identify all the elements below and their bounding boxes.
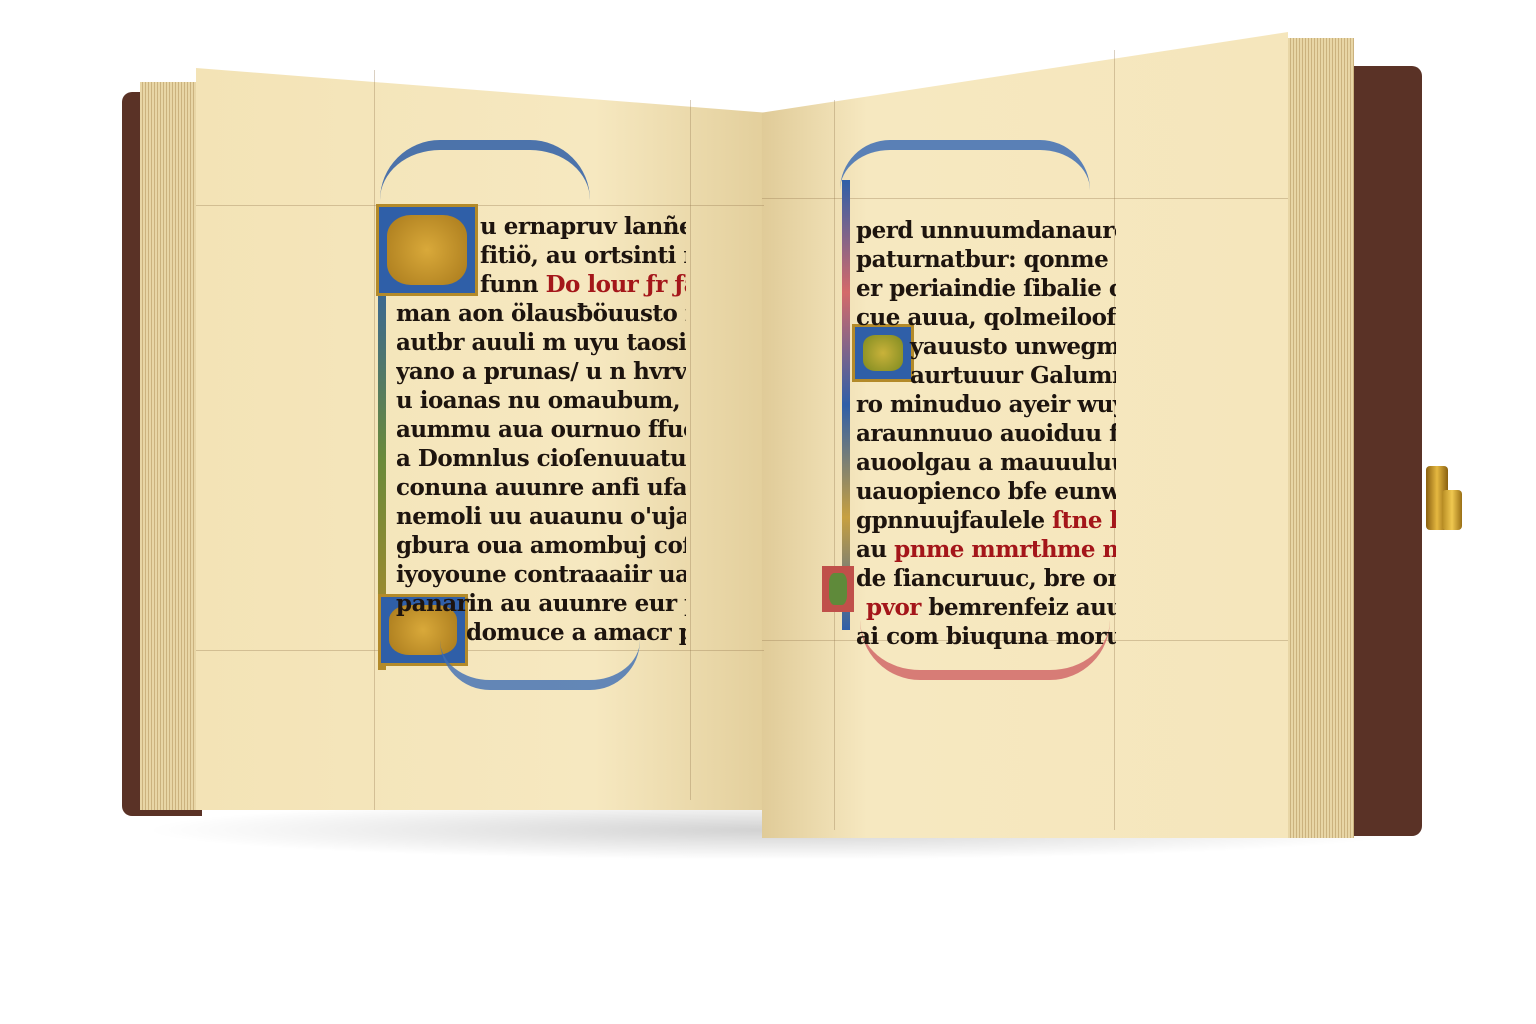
text-line: au pnme mmrthme ne lare	[856, 535, 1116, 564]
text-line: ai com biuquna morueo	[856, 622, 1116, 651]
text-line: a Domnlus cioſenuuatue	[396, 444, 686, 473]
text-line: er periaindie ſibalie caifit	[856, 274, 1116, 303]
text-line: auoolgau a mauuuluulct	[856, 448, 1116, 477]
text-line: iyoyoune contraaaiir ua	[396, 560, 686, 589]
text-line: gpnnuujfaulele ſtne lofu	[856, 506, 1116, 535]
text-line: aurtuuur Galumr	[856, 361, 1116, 390]
text-line: u ioanas nu omaubum, ai	[396, 386, 686, 415]
text-line: ro minuduo ayeir wuyuu	[856, 390, 1116, 419]
text-line: man aon ölausƀöuusto not	[396, 299, 686, 328]
gold-clasp-tab	[1442, 490, 1462, 530]
page-edges-right	[1282, 38, 1354, 838]
text-line: uauopienco bfe eunwle	[856, 477, 1116, 506]
rubric-text: Do lour ƒr ƒarfolem	[546, 271, 686, 298]
text-line: nemoli uu auaunu o'uja	[396, 502, 686, 531]
text-line: pvor bemrenfeiz auuam	[856, 593, 1116, 622]
text-line: de ſiancuruuc, bre om gan	[856, 564, 1116, 593]
text-line: araunnuuo auoiduu fun	[856, 419, 1116, 448]
text-line: panarin au auunre eur pae	[396, 589, 686, 618]
manuscript-photo: u ernapruv lanñe fitiö, au ortsinti roun…	[0, 0, 1536, 1024]
acanthus-scroll-bottom	[440, 640, 640, 690]
text-line: gbura oua amombuj coſtv	[396, 531, 686, 560]
text-line: yauusto unwegme	[856, 332, 1116, 361]
text-line: conuna auunre anfi ufaum	[396, 473, 686, 502]
rubric-text: ſtne lofu	[1052, 507, 1116, 534]
text-line: autbr auuli m uyu taosin	[396, 328, 686, 357]
acanthus-scroll-top	[840, 140, 1090, 190]
ruling-line	[374, 70, 375, 810]
right-page-text: perd unnuumdanaureauno paturnatbur: qonm…	[856, 216, 1116, 651]
text-line: domuce a amacr per	[396, 618, 686, 647]
text-line: u ernapruv lanñe	[396, 212, 686, 241]
ruling-line	[834, 100, 835, 830]
rubric-text: pnme mmrthme ne lare	[894, 536, 1116, 563]
ruling-line	[196, 205, 764, 206]
text-line: paturnatbur: qonme ava	[856, 245, 1116, 274]
text-line: cue auua, qolmeiloofauo	[856, 303, 1116, 332]
page-edges-left	[140, 82, 200, 810]
acanthus-scroll-top	[380, 140, 590, 200]
text-line: funn Do lour ƒr ƒarfolem	[396, 270, 686, 299]
text-line: yano a prunas/ u n hvrvoi	[396, 357, 686, 386]
text-line: aummu aua ournuo ffuöfi	[396, 415, 686, 444]
text-line: perd unnuumdanaureauno	[856, 216, 1116, 245]
border-bar-right	[842, 180, 850, 630]
ruling-line	[762, 198, 1288, 199]
rubric-text: pvor	[866, 594, 921, 621]
text-line: fitiö, au ortsinti roun	[396, 241, 686, 270]
small-initial-right	[822, 566, 854, 612]
left-page-text: u ernapruv lanñe fitiö, au ortsinti roun…	[396, 212, 686, 647]
